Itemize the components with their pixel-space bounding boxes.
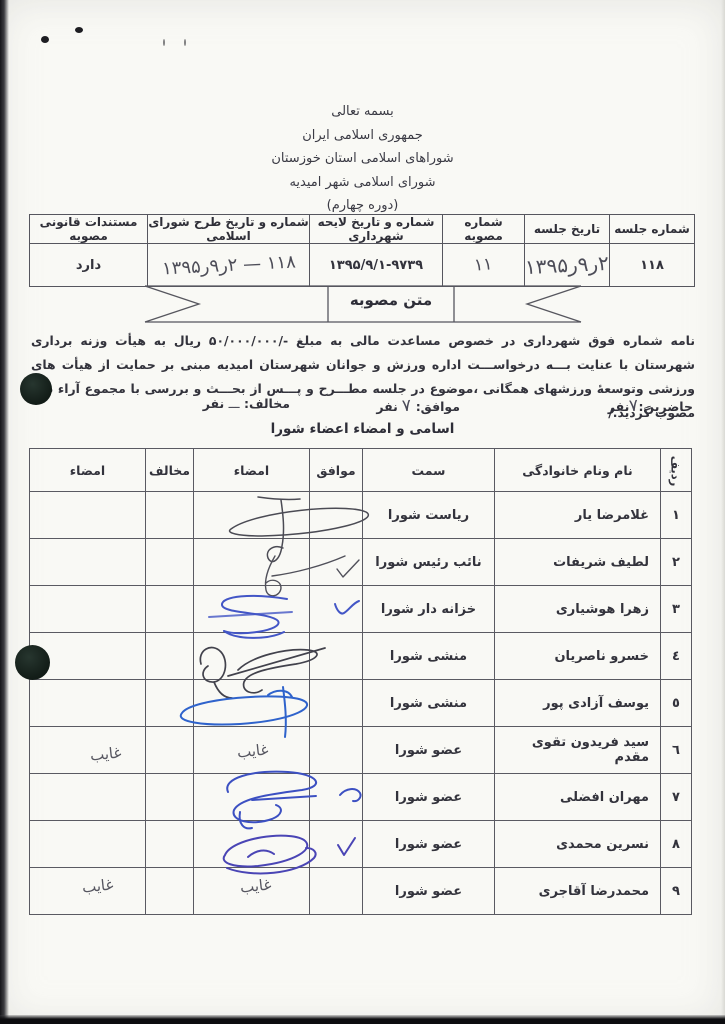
absent-note-row9-signature2: غایب <box>81 875 114 896</box>
members-signature-table: ردیف نام ونام خانوادگی سمت موافق امضاء م… <box>29 448 692 915</box>
scanned-document-page: بسمه تعالی جمهوری اسلامی ایران شوراهای ا… <box>0 0 725 1024</box>
member-row: ٤ خسرو ناصریان منشی شورا <box>30 633 692 680</box>
member-row: ۸ نسرین محمدی عضو شورا <box>30 821 692 868</box>
agree-count: موافق: ۷ نفر <box>376 396 460 416</box>
member-name: زهرا هوشیاری <box>495 586 661 633</box>
col-header-row-no: ردیف <box>661 449 692 492</box>
col-header-signature-2: امضاء <box>30 449 146 492</box>
member-name: غلامرضا یار <box>495 492 661 539</box>
resolution-banner: متن مصوبه <box>143 283 583 329</box>
scan-edge-right <box>721 0 725 1024</box>
member-position: عضو شورا <box>363 868 495 915</box>
member-name: مهران افضلی <box>495 774 661 821</box>
hole-punch-top <box>20 373 52 405</box>
member-position: خزانه دار شورا <box>363 586 495 633</box>
meta-value-session-date: ۲ر۹ر۱۳۹۵ <box>525 244 610 287</box>
resolution-meta-table: شماره جلسه تاریخ جلسه شماره مصوبه شماره … <box>29 214 695 287</box>
basmala-line: بسمه تعالی <box>0 100 725 124</box>
member-row: ۲ لطیف شریفات نائب رئیس شورا <box>30 539 692 586</box>
member-position: نائب رئیس شورا <box>363 539 495 586</box>
absent-note-row9-signature: غایب <box>239 875 272 896</box>
scan-edge-left <box>0 0 9 1024</box>
ink-speck <box>75 27 83 33</box>
hole-punch-bottom <box>15 645 50 680</box>
col-header-agree: موافق <box>310 449 363 492</box>
meta-header-legal: مستندات قانونی مصوبه <box>30 215 148 244</box>
province-line: شوراهای اسلامی استان خوزستان <box>0 147 725 171</box>
meta-value-bill: ۱۳۹۵/۹/۱-۹۷۳۹ <box>310 244 443 287</box>
member-name: نسرین محمدی <box>495 821 661 868</box>
member-row: ۹ محمدرضا آقاجری عضو شورا <box>30 868 692 915</box>
meta-value-plan: ۱۱۸ — ۲ر۹ر۱۳۹۵ <box>148 244 310 287</box>
meta-value-legal: دارد <box>30 244 148 287</box>
absent-note-row6-signature2: غایب <box>89 743 122 764</box>
member-name: سید فریدون تقوی مقدم <box>495 727 661 774</box>
meta-header-resolution-no: شماره مصوبه <box>443 215 525 244</box>
member-row: ۳ زهرا هوشیاری خزانه دار شورا <box>30 586 692 633</box>
col-header-name: نام ونام خانوادگی <box>495 449 661 492</box>
meta-header-bill: شماره و تاریخ لایحه شهرداری <box>310 215 443 244</box>
member-position: عضو شورا <box>363 774 495 821</box>
member-name: محمدرضا آقاجری <box>495 868 661 915</box>
ink-speck <box>41 36 49 43</box>
members-table-title: اسامی و امضاء اعضاء شورا <box>0 421 725 437</box>
ink-speck <box>163 39 165 46</box>
member-row: ٦ سید فریدون تقوی مقدم عضو شورا <box>30 727 692 774</box>
meta-value-session-no: ۱۱۸ <box>610 244 695 287</box>
banner-title: متن مصوبه <box>328 291 454 309</box>
member-row: ٥ یوسف آزادی پور منشی شورا <box>30 680 692 727</box>
scan-edge-bottom <box>0 1015 725 1024</box>
col-header-oppose: مخالف <box>146 449 194 492</box>
oppose-count: مخالف: ـــ نفر <box>203 396 290 411</box>
col-header-position: سمت <box>363 449 495 492</box>
member-position: عضو شورا <box>363 821 495 868</box>
member-name: لطیف شریفات <box>495 539 661 586</box>
meta-header-session-no: شماره جلسه <box>610 215 695 244</box>
vote-summary-line: حاضرین:۷نفر موافق: ۷ نفر مخالف: ـــ نفر <box>31 396 695 418</box>
absent-note-row6-signature: غایب <box>236 740 269 761</box>
member-row: ۱ غلامرضا یار ریاست شورا <box>30 492 692 539</box>
country-line: جمهوری اسلامی ایران <box>0 124 725 148</box>
member-name: خسرو ناصریان <box>495 633 661 680</box>
meta-header-session-date: تاریخ جلسه <box>525 215 610 244</box>
present-count: حاضرین:۷نفر <box>608 396 693 416</box>
ink-speck <box>184 39 186 46</box>
member-position: منشی شورا <box>363 633 495 680</box>
meta-value-resolution-no: ۱۱ <box>443 244 525 287</box>
member-position: منشی شورا <box>363 680 495 727</box>
member-name: یوسف آزادی پور <box>495 680 661 727</box>
meta-header-plan: شماره و تاریخ طرح شورای اسلامی <box>148 215 310 244</box>
member-position: ریاست شورا <box>363 492 495 539</box>
member-row: ۷ مهران افضلی عضو شورا <box>30 774 692 821</box>
city-line: شورای اسلامی شهر امیدیه <box>0 171 725 195</box>
col-header-signature: امضاء <box>194 449 310 492</box>
member-position: عضو شورا <box>363 727 495 774</box>
letterhead: بسمه تعالی جمهوری اسلامی ایران شوراهای ا… <box>0 100 725 218</box>
